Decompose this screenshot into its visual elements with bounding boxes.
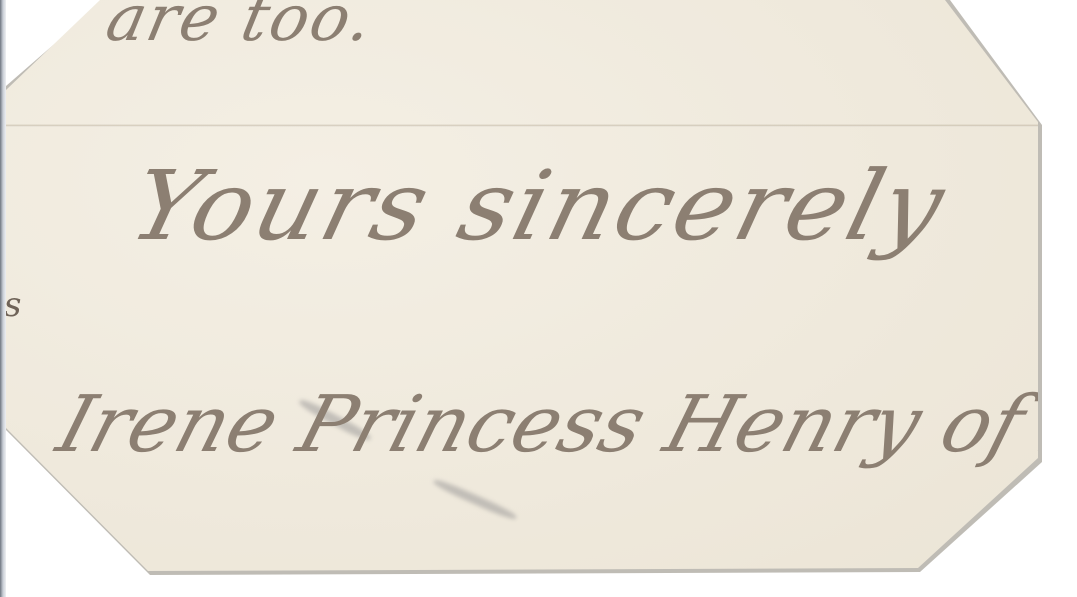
closing-line-fragment: are too. [100, 0, 381, 56]
margin-text-fragment: s [4, 285, 21, 325]
valediction: Yours sincerely [120, 150, 957, 262]
signature: Irene Princess Henry of Prussia [48, 380, 1077, 470]
pencil-smudge [432, 477, 518, 522]
fold-crease [6, 124, 1038, 127]
scan-edge [0, 0, 6, 597]
paper-fragment: s are too. Yours sincerely Irene Princes… [0, 0, 1077, 597]
